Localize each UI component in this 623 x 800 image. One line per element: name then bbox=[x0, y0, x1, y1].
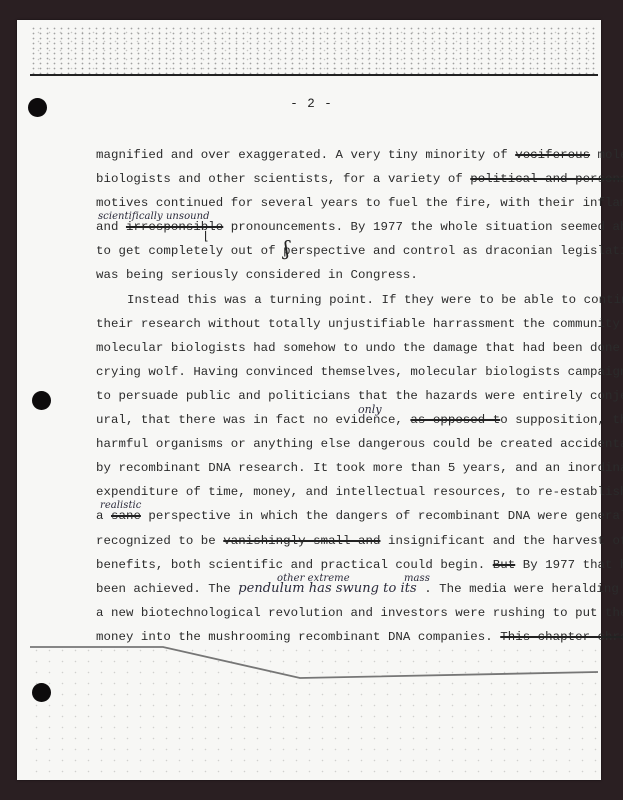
text-segment: magnified and over exaggerated. A very t… bbox=[96, 148, 515, 162]
text-segment: pronouncements. By 1977 the whole situat… bbox=[223, 220, 623, 234]
text-segment: harmful organisms or anything else dange… bbox=[96, 437, 623, 451]
text-segment: expenditure of time, money, and intellec… bbox=[96, 485, 623, 499]
text-segment: their research without totally unjustifi… bbox=[96, 317, 623, 331]
text-line: and irresponsible pronouncements. By 197… bbox=[96, 215, 566, 239]
struck-text: political and personal bbox=[470, 172, 623, 186]
text-line: biologists and other scientists, for a v… bbox=[96, 167, 566, 191]
page-number: - 2 - bbox=[0, 97, 623, 111]
text-line: a new biotechnological revolution and in… bbox=[96, 601, 566, 625]
text-segment: been achieved. The bbox=[96, 582, 238, 596]
bottom-border-line bbox=[30, 645, 598, 705]
text-segment: by recombinant DNA research. It took mor… bbox=[96, 461, 623, 475]
body-text: magnified and over exaggerated. A very t… bbox=[96, 143, 566, 649]
text-line: expenditure of time, money, and intellec… bbox=[96, 480, 566, 504]
text-line: recognized to be vanishingly small and i… bbox=[96, 529, 566, 553]
text-segment: molecular bbox=[590, 148, 623, 162]
text-line: motives continued for several years to f… bbox=[96, 191, 566, 215]
top-border-line bbox=[30, 74, 598, 76]
struck-text: sane bbox=[111, 509, 141, 523]
text-segment: Instead this was a turning point. If the… bbox=[127, 293, 623, 307]
struck-text: This chapter chronic- bbox=[500, 630, 623, 644]
text-line: benefits, both scientific and practical … bbox=[96, 553, 566, 577]
text-line: magnified and over exaggerated. A very t… bbox=[96, 143, 566, 167]
text-segment: . The media were heralding bbox=[417, 582, 619, 596]
text-segment: money into the mushrooming recombinant D… bbox=[96, 630, 500, 644]
text-segment: was being seriously considered in Congre… bbox=[96, 268, 418, 282]
text-segment: and bbox=[96, 220, 126, 234]
text-segment: recognized to be bbox=[96, 534, 223, 548]
scan-noise-top bbox=[30, 26, 598, 76]
text-line: money into the mushrooming recombinant D… bbox=[96, 625, 566, 649]
scan-noise-bottom bbox=[30, 645, 598, 780]
text-segment: o supposition, that bbox=[500, 413, 623, 427]
text-segment: a bbox=[96, 509, 111, 523]
text-line: was being seriously considered in Congre… bbox=[96, 263, 566, 287]
struck-text: But bbox=[493, 558, 515, 572]
punch-hole-bottom bbox=[32, 683, 51, 702]
text-segment: biologists and other scientists, for a v… bbox=[96, 172, 470, 186]
struck-text: vanishingly small and bbox=[223, 534, 380, 548]
text-line: to get completely out of perspective and… bbox=[96, 239, 566, 263]
text-segment: perspective in which the dangers of reco… bbox=[141, 509, 623, 523]
text-line: their research without totally unjustifi… bbox=[96, 312, 566, 336]
struck-text: as opposed t bbox=[410, 413, 500, 427]
text-line: Instead this was a turning point. If the… bbox=[96, 288, 566, 312]
text-line: a sane perspective in which the dangers … bbox=[96, 504, 566, 528]
text-segment: molecular biologists had somehow to undo… bbox=[96, 341, 623, 355]
text-line: ural, that there was in fact no evidence… bbox=[96, 408, 566, 432]
text-line: molecular biologists had somehow to undo… bbox=[96, 336, 566, 360]
correction-mark-icon: ʃ bbox=[284, 236, 289, 260]
text-line: harmful organisms or anything else dange… bbox=[96, 432, 566, 456]
text-segment: to get completely out of perspective and… bbox=[96, 244, 623, 258]
struck-text: vociferous bbox=[515, 148, 590, 162]
text-segment: a new biotechnological revolution and in… bbox=[96, 606, 623, 620]
text-line: to persuade public and politicians that … bbox=[96, 384, 566, 408]
handwritten-insertion: pendulum has swung to its bbox=[238, 581, 416, 596]
text-segment: By 1977 that had bbox=[515, 558, 623, 572]
text-segment: crying wolf. Having convinced themselves… bbox=[96, 365, 623, 379]
text-line: crying wolf. Having convinced themselves… bbox=[96, 360, 566, 384]
punch-hole-middle bbox=[32, 391, 51, 410]
text-line: by recombinant DNA research. It took mor… bbox=[96, 456, 566, 480]
text-line: been achieved. The pendulum has swung to… bbox=[96, 577, 566, 601]
text-segment: ural, that there was in fact no evidence… bbox=[96, 413, 410, 427]
text-segment: insignificant and the harvest of bbox=[380, 534, 623, 548]
